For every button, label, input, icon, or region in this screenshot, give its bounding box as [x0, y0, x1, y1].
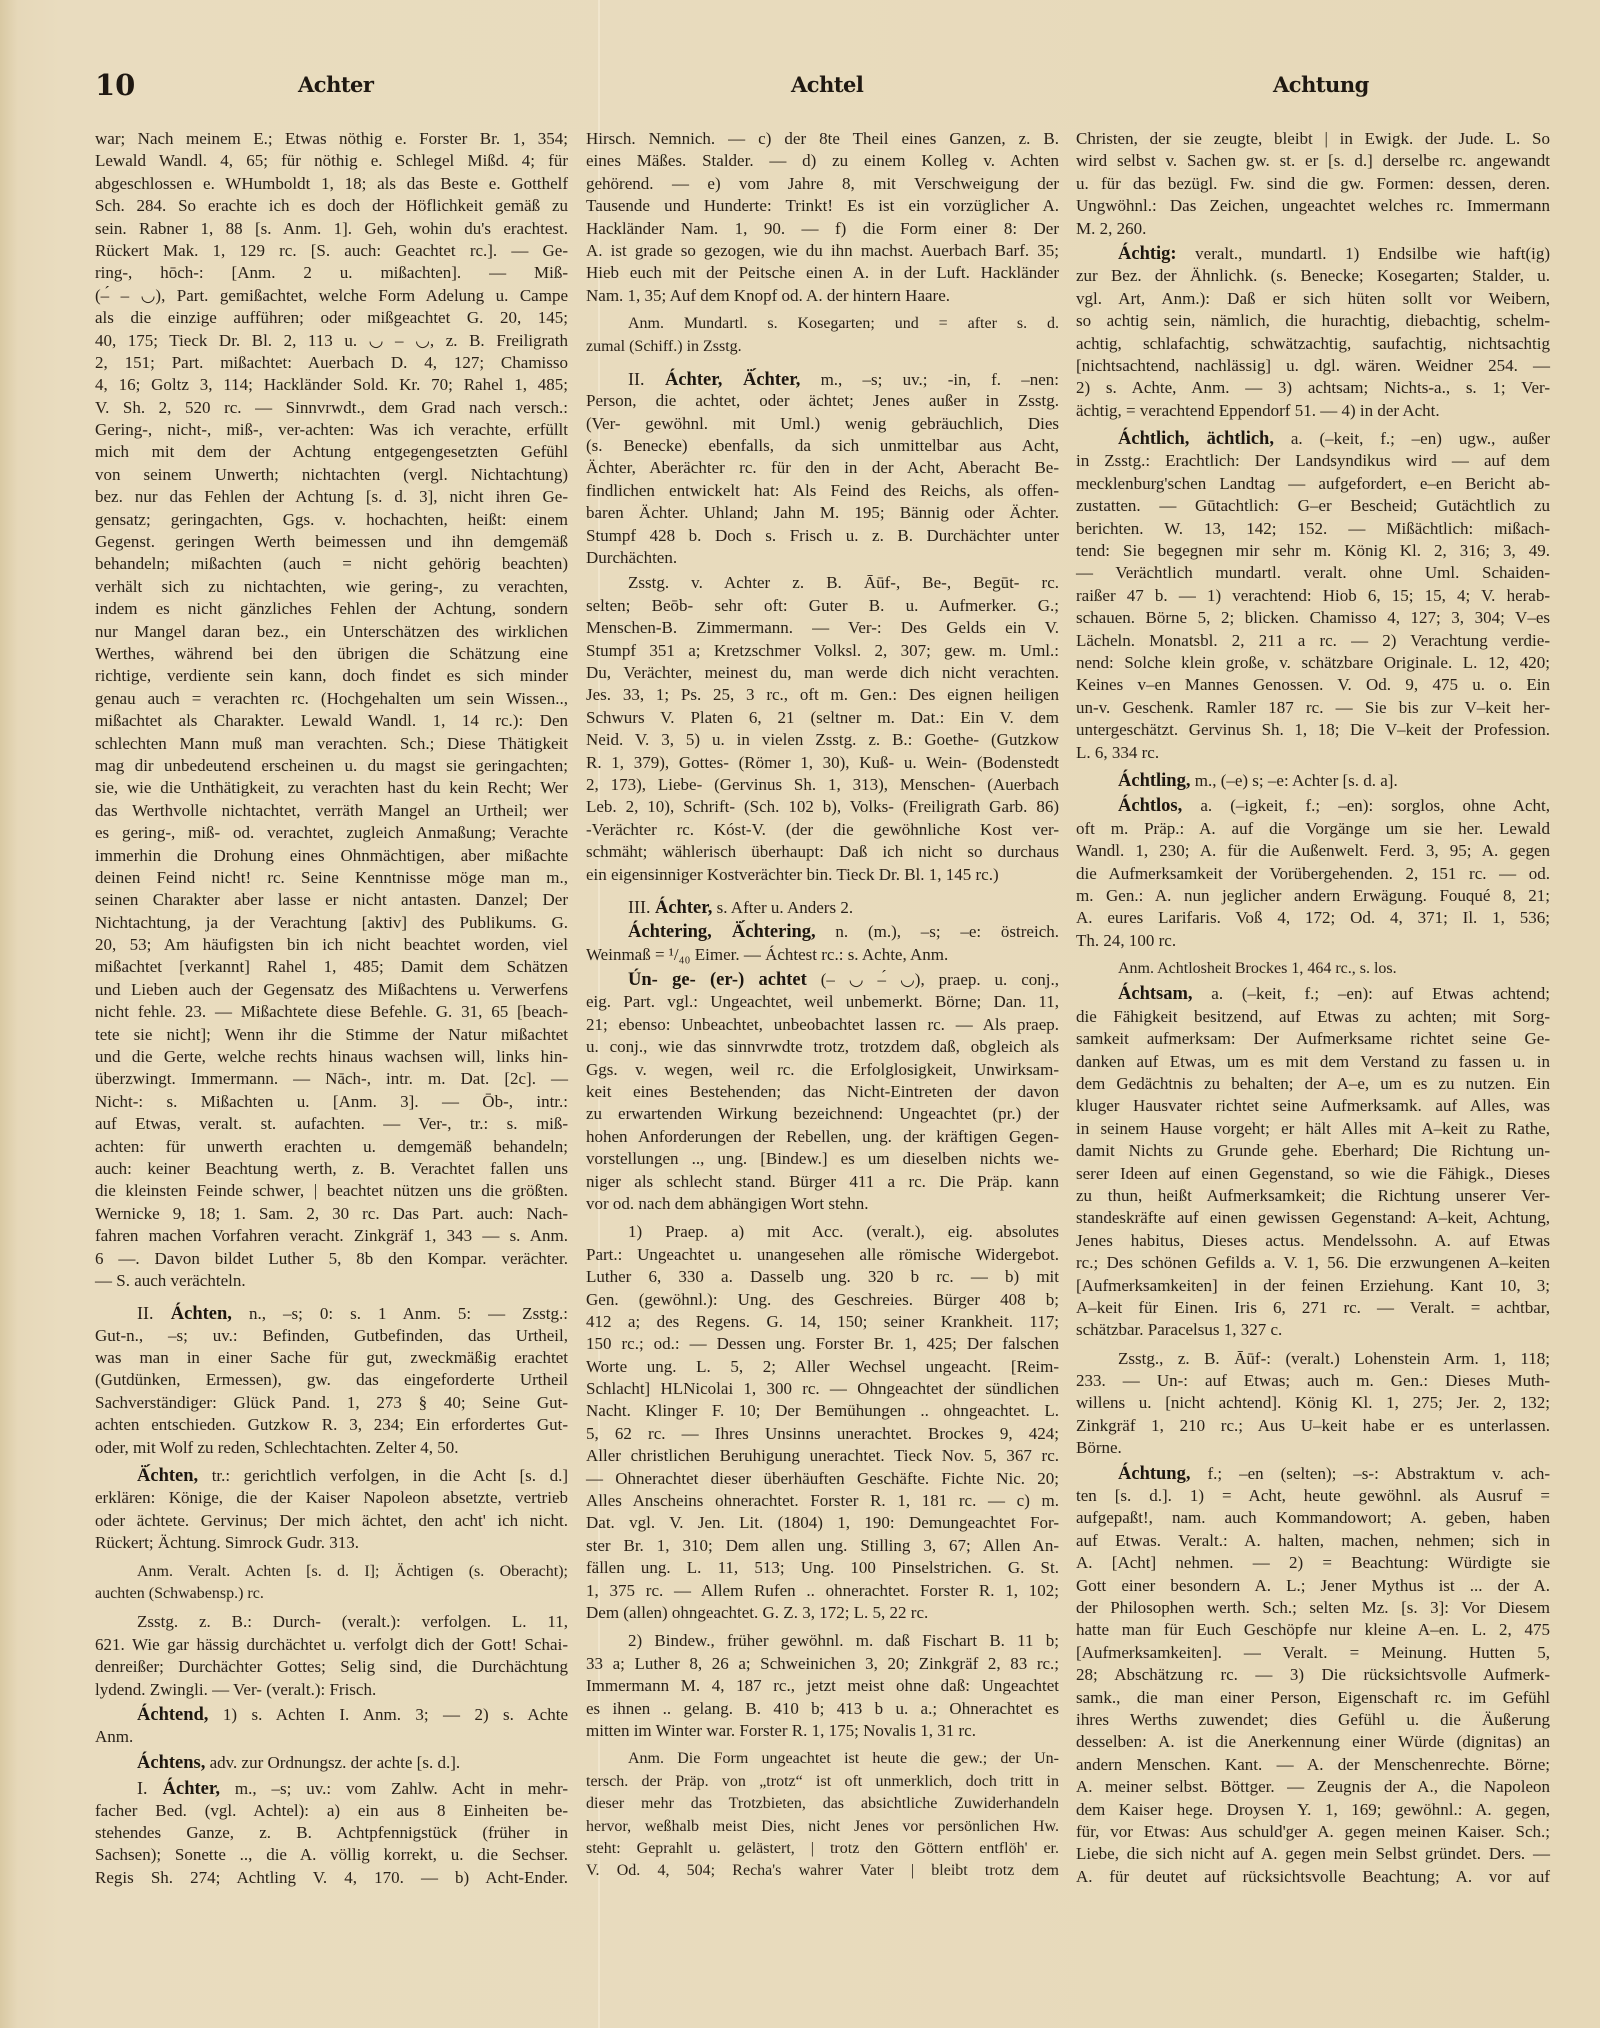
- text-line: damit Nichts zu Grunde gehe. Eberhard; D…: [1076, 1140, 1550, 1162]
- text-line: Aller christlichen Beruhigung unerachtet…: [586, 1445, 1059, 1467]
- line-text: dem Gedächtnis zu behalten; der A–e, um …: [1076, 1073, 1550, 1095]
- text-line: immerhin die Drohung eines Ohnmächtigen,…: [95, 845, 568, 867]
- text-line: Immermann M. 4, 187 rc., jetzt meist ohn…: [586, 1675, 1059, 1697]
- text-line: dem Gedächtnis zu behalten; der A–e, um …: [1076, 1073, 1550, 1095]
- text-line: Ungwöhnl.: Das Zeichen, ungeachtet welch…: [1076, 195, 1550, 217]
- line-text: in Zsstg.: Erachtlich: Der Landsyndikus …: [1076, 450, 1550, 472]
- text-line: A. für deutet auf rücksichtsvolle Beacht…: [1076, 1866, 1550, 1888]
- line-text: [nichtsachtend, nachlässig] u. dgl. wäre…: [1076, 355, 1550, 377]
- text-line: sein. Rabner 1, 88 [s. Anm. 1]. Geh, woh…: [95, 218, 568, 240]
- line-text: das Werthvolle nichtachtet, verräth Mang…: [95, 800, 568, 822]
- line-text: zur Bez. der Ähnlichk. (s. Benecke; Kose…: [1076, 265, 1550, 287]
- entry-paragraph: Zsstg. v. Achter z. B. Āūf-, Be-, Begūt-…: [586, 572, 1059, 885]
- text-line: war; Nach meinem E.; Etwas nöthig e. For…: [95, 128, 568, 150]
- text-line: das Werthvolle nichtachtet, verräth Mang…: [95, 800, 568, 822]
- line-text: 40, 175; Tieck Dr. Bl. 2, 113 u. ◡ – ◡, …: [95, 330, 568, 352]
- text-line: fahren machen Vorfahren veracht. Zinkgrä…: [95, 1225, 568, 1247]
- line-text: ächtig, = verachtend Eppendorf 51. — 4) …: [1076, 400, 1440, 422]
- line-text: R. 1, 379), Gottes- (Römer 1, 30), Kuß- …: [586, 752, 1059, 774]
- text-line: Gott einer besondern A. L.; Jener Mythus…: [1076, 1575, 1550, 1597]
- text-line: 412 a; des Regens. G. 14, 150; seiner Kr…: [586, 1311, 1059, 1333]
- text-line: u. für das bezügl. Fw. sind die gw. Form…: [1076, 173, 1550, 195]
- line-text: schätzbar. Paracelsus 1, 327 c.: [1076, 1319, 1282, 1341]
- line-text: Nacht. Klinger F. 10; Der Bemühungen .. …: [586, 1400, 1059, 1422]
- line-text: aufgepaßt!, nam. auch Kommandowort; A. g…: [1076, 1507, 1550, 1529]
- running-head-center: Achtel: [791, 70, 863, 100]
- text-line: -Verächter rc. Kóst-V. (der die gewöhnli…: [586, 819, 1059, 841]
- text-line: hatte man für Euch Geschöpfe nur kleine …: [1076, 1619, 1550, 1641]
- definition-text: adv. zur Ordnungsz. der achte [s. d.].: [205, 1753, 460, 1772]
- text-line: Áchtig: veralt., mundartl. 1) Endsilbe w…: [1076, 243, 1550, 265]
- definition-text: 1) s. Achten I. Anm. 3; — 2) s. Achte: [208, 1705, 568, 1724]
- text-line: Jes. 33, 1; Ps. 25, 3 rc., oft m. Gen.: …: [586, 684, 1059, 706]
- line-text: 20, 53; Am häufigsten bin ich nicht beac…: [95, 934, 568, 956]
- line-text: zustatten. — Gūtachtlich: G–er Bescheid;…: [1076, 495, 1550, 517]
- text-line: Menschen-B. Zimmermann. — Ver-: Des Geld…: [586, 617, 1059, 639]
- line-text: hatte man für Euch Geschöpfe nur kleine …: [1076, 1619, 1550, 1641]
- text-line: Wernicke 9, 18; 1. Sam. 2, 30 rc. Das Pa…: [95, 1203, 568, 1225]
- line-text: dieser mehr das Trotzbieten, das absicht…: [586, 1793, 1059, 1815]
- line-text: nicht fehle. 23. — Mißachtete diese Befe…: [95, 1001, 568, 1023]
- line-text: richtige, verdiente sein kann, doch find…: [95, 665, 568, 687]
- text-line: dem Kaiser hege. Droysen Y. 1, 169; gewö…: [1076, 1799, 1550, 1821]
- line-text: 4, 16; Goltz 3, 114; Hackländer Sold. Kr…: [95, 374, 568, 396]
- line-text: Sachverständiger: Glück Pand. 1, 273 § 4…: [95, 1392, 568, 1414]
- line-text: es gering-, miß- od. verachtet, zugleich…: [95, 822, 568, 844]
- line-text: Schlacht] HLNicolai 1, 300 rc. — Ohngeac…: [586, 1378, 1059, 1400]
- entry-paragraph: Áchtling, m., (–e) s; –e: Achter [s. d. …: [1076, 770, 1550, 792]
- line-text: standeskräfte auf einen gewissen Gegenst…: [1076, 1207, 1550, 1229]
- text-line: samk., die man einer Person, Eigenschaft…: [1076, 1687, 1550, 1709]
- entry-paragraph: II. Áchten, n., –s; 0: s. 1 Anm. 5: — Zs…: [95, 1302, 568, 1459]
- text-line: lydend. Zwingli. — Ver- (veralt.): Frisc…: [95, 1679, 568, 1701]
- dictionary-page: 10 Achter Achtel Achtung war; Nach meine…: [0, 0, 1600, 2028]
- line-text: Áchtung, f.; –en (selten); –s-: Abstrakt…: [1118, 1463, 1550, 1485]
- text-line: selten; Beōb- sehr oft: Guter B. u. Aufm…: [586, 595, 1059, 617]
- line-text: mißachtet als Charakter. Lewald Wandl. 1…: [95, 710, 568, 732]
- text-line: zustatten. — Gūtachtlich: G–er Bescheid;…: [1076, 495, 1550, 517]
- line-text: 412 a; des Regens. G. 14, 150; seiner Kr…: [586, 1311, 1059, 1333]
- line-text: schauen. Börne 5, 2; blicken. Chamisso 4…: [1076, 607, 1550, 629]
- entry-paragraph: Ún- ge- (er-) achtet (– ◡ –́ ◡), praep. …: [586, 969, 1059, 1215]
- text-line: m. Gen.: A. nun jeglicher andern Erwägun…: [1076, 885, 1550, 907]
- line-text: Áchtend, 1) s. Achten I. Anm. 3; — 2) s.…: [137, 1704, 568, 1726]
- text-line: A. eures Larifaris. Voß 4, 172; Od. 4, 3…: [1076, 907, 1550, 929]
- text-line: eig. Part. vgl.: Ungeachtet, weil unbeme…: [586, 991, 1059, 1013]
- line-text: zu erwartenden Wirkung bezeichnend: Unge…: [586, 1103, 1059, 1125]
- text-line: kluger Hausvater richtet seine Aufmerksa…: [1076, 1095, 1550, 1117]
- line-text: m. Gen.: A. nun jeglicher andern Erwägun…: [1076, 885, 1550, 907]
- line-text: eig. Part. vgl.: Ungeachtet, weil unbeme…: [586, 991, 1059, 1013]
- text-line: Stumpf 428 b. Doch s. Frisch u. z. B. Du…: [586, 525, 1059, 547]
- line-text: berichten. W. 13, 142; 152. — Mißächtlic…: [1076, 518, 1550, 540]
- text-line: Jenes habitus, Dieses actus. Mendelssohn…: [1076, 1230, 1550, 1252]
- text-line: Leb. 2, 10), Schrift- (Sch. 102 b), Volk…: [586, 796, 1059, 818]
- line-text: A. meiner selbst. Böttger. — Zeugnis der…: [1076, 1776, 1550, 1798]
- line-text: rc.; Des schönen Gefilds a. V. 1, 56. Di…: [1076, 1252, 1550, 1274]
- text-line: Áchtsam, a. (–keit, f.; –en): auf Etwas …: [1076, 983, 1550, 1005]
- line-text: eines Mäßes. Stalder. — d) zu einem Koll…: [586, 150, 1059, 172]
- line-text: tersch. der Präp. von „trotz“ ist oft un…: [586, 1771, 1059, 1793]
- text-line: findlichen entwickelt hat: Als Feind des…: [586, 480, 1059, 502]
- line-text: Rückert Mak. 1, 129 rc. [S. auch: Geacht…: [95, 240, 568, 262]
- text-line: gensatz; geringachten, Ggs. v. hochachte…: [95, 509, 568, 531]
- entry-paragraph: I. Áchter, m., –s; uv.: vom Zahlw. Acht …: [95, 1777, 568, 1889]
- text-line: 233. — Un-: auf Etwas; auch m. Gen.: Die…: [1076, 1370, 1550, 1392]
- line-text: 2, 173), Liebe- (Gervinus Sh. 1, 313), M…: [586, 774, 1059, 796]
- line-text: bez. nur das Fehlen der Achtung [s. d. 3…: [95, 486, 568, 508]
- text-line: 6 —. Davon bildet Luther 5, 8b den Kompa…: [95, 1248, 568, 1270]
- line-text: Anm.: [95, 1726, 133, 1748]
- line-text: wird selbst v. Sachen gw. st. er [s. d.]…: [1076, 150, 1550, 172]
- line-text: 21; ebenso: Unbeachtet, unbeobachtet las…: [586, 1014, 1059, 1036]
- definition-text: f.; –en (selten); –s-: Abstraktum v. ach…: [1190, 1464, 1550, 1483]
- text-line: Anm. Mundartl. s. Kosegarten; und = afte…: [586, 313, 1059, 335]
- dictionary-column-2: Hirsch. Nemnich. — c) der 8te Theil eine…: [586, 128, 1059, 1883]
- line-text: oder, mit Wolf zu reden, Schlechtachten.…: [95, 1437, 458, 1459]
- line-text: Ungwöhnl.: Das Zeichen, ungeachtet welch…: [1076, 195, 1550, 217]
- text-line: tersch. der Präp. von „trotz“ ist oft un…: [586, 1771, 1059, 1793]
- line-text: Gut-n., –s; uv.: Befinden, Gutbefinden, …: [95, 1325, 568, 1347]
- line-text: nur Mangel daran bez., ein Unterschätzen…: [95, 621, 568, 643]
- text-line: Nicht-: s. Mißachten u. [Anm. 3]. — Ōb-,…: [95, 1091, 568, 1113]
- definition-text: a. (–keit, f.; –en) ugw., außer: [1274, 429, 1550, 448]
- text-line: mißachtet als Charakter. Lewald Wandl. 1…: [95, 710, 568, 732]
- line-text: behandeln; mißachten (auch = nicht gehör…: [95, 553, 568, 575]
- text-line: ein eigensinniger Kostverächter bin. Tie…: [586, 864, 1059, 886]
- line-text: gensatz; geringachten, Ggs. v. hochachte…: [95, 509, 568, 531]
- line-text: in seinem Hause vorgeht; er hält Alles m…: [1076, 1118, 1550, 1140]
- text-line: 21; ebenso: Unbeachtet, unbeobachtet las…: [586, 1014, 1059, 1036]
- text-line: Anm. Die Form ungeachtet ist heute die g…: [586, 1748, 1059, 1770]
- line-text: Gering-, nicht-, miß-, ver-achten: Was i…: [95, 419, 568, 441]
- text-line: I. Áchter, m., –s; uv.: vom Zahlw. Acht …: [95, 1777, 568, 1799]
- entry-paragraph: Zsstg., z. B. Āūf-: (veralt.) Lohenstein…: [1076, 1348, 1550, 1460]
- line-text: die kleinsten Feinde schwer, | beachtet …: [95, 1180, 568, 1202]
- text-line: schmäht; wählerisch überhaupt: Daß ich n…: [586, 841, 1059, 863]
- text-line: schätzbar. Paracelsus 1, 327 c.: [1076, 1319, 1550, 1341]
- text-line: Neid. V. 3, 5) u. in vielen Zsstg. z. B.…: [586, 729, 1059, 751]
- line-text: Durchächten.: [586, 547, 677, 569]
- line-text: Zsstg., z. B. Āūf-: (veralt.) Lohenstein…: [1118, 1348, 1550, 1370]
- text-line: Ggs. v. wegen, weil rc. die Erfolglosigk…: [586, 1059, 1059, 1081]
- text-line: mißachtet [verkannt] Rahel 1, 485; Damit…: [95, 956, 568, 978]
- line-text: oder ächtete. Gervinus; Der mich ächtet,…: [95, 1510, 568, 1532]
- line-text: untergeschätzt. Gervinus Sh. 1, 18; Die …: [1076, 719, 1550, 741]
- line-text: stehendes Ganze, z. B. Achtpfennigstück …: [95, 1822, 568, 1844]
- line-text: mich mit dem der Achtung entgegengesetzt…: [95, 441, 568, 463]
- text-line: Rückert Mak. 1, 129 rc. [S. auch: Geacht…: [95, 240, 568, 262]
- text-line: die kleinsten Feinde schwer, | beachtet …: [95, 1180, 568, 1202]
- headword: Áchtering, Ä́chtering,: [628, 922, 816, 942]
- line-text: vgl. Art, Anm.): Daß er sich hüten sollt…: [1076, 288, 1550, 310]
- text-line: schlechten Mann muß man verachten. Sch.;…: [95, 733, 568, 755]
- text-line: A–keit für Einen. Iris 6, 271 rc. — Vera…: [1076, 1297, 1550, 1319]
- definition-text: veralt., mundartl. 1) Endsilbe wie haft(…: [1177, 244, 1550, 263]
- headword: Áchter, Ä́chter,: [665, 370, 800, 390]
- line-text: — S. auch verächteln.: [95, 1270, 246, 1292]
- line-text: sie, wie die Unthätigkeit, zu verachten …: [95, 777, 568, 799]
- text-line: richtige, verdiente sein kann, doch find…: [95, 665, 568, 687]
- line-text: kluger Hausvater richtet seine Aufmerksa…: [1076, 1095, 1550, 1117]
- text-line: eines Mäßes. Stalder. — d) zu einem Koll…: [586, 150, 1059, 172]
- entry-paragraph: Áchtlos, a. (–igkeit, f.; –en): sorglos,…: [1076, 795, 1550, 952]
- text-line: V. Sh. 2, 520 rc. — Sinnvrwdt., dem Grad…: [95, 397, 568, 419]
- line-text: Zinkgräf 1, 210 rc.; Aus U–keit habe er …: [1076, 1415, 1550, 1437]
- line-text: Áchtlos, a. (–igkeit, f.; –en): sorglos,…: [1118, 795, 1550, 817]
- text-line: stehendes Ganze, z. B. Achtpfennigstück …: [95, 1822, 568, 1844]
- text-line: II. Áchten, n., –s; 0: s. 1 Anm. 5: — Zs…: [95, 1302, 568, 1324]
- line-text: ihres Werths zuwendet; dies Gefühl u. di…: [1076, 1709, 1550, 1731]
- text-line: genau auch = verachten rc. (Hochgehalten…: [95, 688, 568, 710]
- text-line: bez. nur das Fehlen der Achtung [s. d. 3…: [95, 486, 568, 508]
- text-line: steht: Geprahlt u. gelästert, | trotz de…: [586, 1838, 1059, 1860]
- line-text: serer Ideen auf einen Gegenstand, so wie…: [1076, 1163, 1550, 1185]
- text-line: vor od. nach dem abhängigen Wort stehn.: [586, 1193, 1059, 1215]
- line-text: vor od. nach dem abhängigen Wort stehn.: [586, 1193, 869, 1215]
- text-line: Áchtling, m., (–e) s; –e: Achter [s. d. …: [1076, 770, 1550, 792]
- text-line: Gut-n., –s; uv.: Befinden, Gutbefinden, …: [95, 1325, 568, 1347]
- definition-text: m., –s; uv.; -in, f. –nen:: [800, 370, 1059, 389]
- line-text: Christen, der sie zeugte, bleibt | in Ew…: [1076, 128, 1550, 150]
- text-line: überzwingt. Immermann. — Nāch-, intr. m.…: [95, 1068, 568, 1090]
- text-line: oder, mit Wolf zu reden, Schlechtachten.…: [95, 1437, 568, 1459]
- text-line: nicht fehle. 23. — Mißachtete diese Befe…: [95, 1001, 568, 1023]
- line-text: ein eigensinniger Kostverächter bin. Tie…: [586, 864, 999, 886]
- text-line: desselben: A. ist die Anerkennung einer …: [1076, 1731, 1550, 1753]
- running-head-left: Achter: [298, 70, 373, 100]
- text-line: Liebe, die sich nicht auf A. gegen mein …: [1076, 1843, 1550, 1865]
- definition-text: s. After u. Anders 2.: [712, 898, 853, 917]
- entry-paragraph: war; Nach meinem E.; Etwas nöthig e. For…: [95, 128, 568, 1292]
- line-text: Jes. 33, 1; Ps. 25, 3 rc., oft m. Gen.: …: [586, 684, 1059, 706]
- entry-paragraph: Áchtlich, ächtlich, a. (–keit, f.; –en) …: [1076, 428, 1550, 764]
- line-text: Rückert; Ächtung. Simrock Gudr. 313.: [95, 1532, 359, 1554]
- line-text: andern Menschen. Kant. — A. der Menschen…: [1076, 1754, 1550, 1776]
- line-text: achten entschieden. Gutzkow R. 3, 234; E…: [95, 1414, 568, 1436]
- line-text: Worte ung. L. 5, 2; Aller Wechsel ungeac…: [586, 1356, 1059, 1378]
- line-text: II. Áchten, n., –s; 0: s. 1 Anm. 5: — Zs…: [137, 1302, 568, 1325]
- text-line: Keines v–en Mannes Genossen. V. Od. 9, 4…: [1076, 674, 1550, 696]
- line-text: von seinem Unwerth; nichtachten (vergl. …: [95, 464, 568, 486]
- text-line: mich mit dem der Achtung entgegengesetzt…: [95, 441, 568, 463]
- text-line: 2, 151; Part. mißachtet: Auerbach D. 4, …: [95, 352, 568, 374]
- text-line: V. Od. 4, 504; Recha's wahrer Vater | bl…: [586, 1860, 1059, 1882]
- line-text: genau auch = verachten rc. (Hochgehalten…: [95, 688, 568, 710]
- line-text: desselben: A. ist die Anerkennung einer …: [1076, 1731, 1550, 1753]
- line-text: A. ist grade so gezogen, wie du ihn mach…: [586, 240, 1059, 262]
- text-line: willens u. [nicht achtend]. König Kl. 1,…: [1076, 1392, 1550, 1414]
- text-line: Dem (allen) ohngeachtet. G. Z. 3, 172; L…: [586, 1602, 1059, 1624]
- text-line: achten: für unwerth erachten u. demgemäß…: [95, 1136, 568, 1158]
- line-text: un-v. Geschenk. Ramler 187 rc. — Sie bis…: [1076, 697, 1550, 719]
- text-line: Christen, der sie zeugte, bleibt | in Ew…: [1076, 128, 1550, 150]
- text-line: facher Bed. (vgl. Achtel): a) ein aus 8 …: [95, 1800, 568, 1822]
- line-text: u. für das bezügl. Fw. sind die gw. Form…: [1076, 173, 1550, 195]
- line-text: Hirsch. Nemnich. — c) der 8te Theil eine…: [586, 128, 1059, 150]
- line-text: 33 a; Luther 8, 26 a; Schweinichen 3, 20…: [586, 1653, 1059, 1675]
- line-text: Áchtlich, ächtlich, a. (–keit, f.; –en) …: [1118, 428, 1550, 450]
- line-text: zu thun, heißt Aufmerksamkeit; die Richt…: [1076, 1185, 1550, 1207]
- line-text: A. eures Larifaris. Voß 4, 172; Od. 4, 3…: [1076, 907, 1550, 929]
- line-text: Nam. 1, 35; Auf dem Knopf od. A. der hin…: [586, 285, 950, 307]
- note-paragraph: Anm. Veralt. Achten [s. d. I]; Ächtigen …: [95, 1561, 568, 1606]
- text-line: hervor, weßhalb meist Dies, nicht Jenes …: [586, 1816, 1059, 1838]
- line-text: — Ohnerachtet dieser überhäuften Geschäf…: [586, 1468, 1059, 1490]
- line-text: Liebe, die sich nicht auf A. gegen mein …: [1076, 1843, 1550, 1865]
- line-text: die Fähigkeit besitzend, auf Etwas zu ac…: [1076, 1006, 1550, 1028]
- text-line: Anm. Achtlosheit Brockes 1, 464 rc., s. …: [1076, 958, 1550, 980]
- line-text: [Aufmerksamkeiten] in der feinen Erziehu…: [1076, 1275, 1550, 1297]
- text-line: 1) Praep. a) mit Acc. (veralt.), eig. ab…: [586, 1221, 1059, 1243]
- text-line: vgl. Art, Anm.): Daß er sich hüten sollt…: [1076, 288, 1550, 310]
- line-text: war; Nach meinem E.; Etwas nöthig e. For…: [95, 128, 568, 150]
- text-line: (Ver- gewöhnl. mit Uml.) wenig gebräuchl…: [586, 413, 1059, 435]
- line-text: I. Áchter, m., –s; uv.: vom Zahlw. Acht …: [137, 1777, 568, 1800]
- entry-paragraph: II. Áchter, Ä́chter, m., –s; uv.; -in, f…: [586, 368, 1059, 570]
- text-line: Werthes, während bei den übrigen die Sch…: [95, 643, 568, 665]
- text-line: Hackländer Nam. 1, 90. — f) die Form ein…: [586, 218, 1059, 240]
- text-line: Zinkgräf 1, 210 rc.; Aus U–keit habe er …: [1076, 1415, 1550, 1437]
- line-text: indem es nicht gänzliches Fehlen der Ach…: [95, 598, 568, 620]
- line-text: tend: Sie begegnen mir sehr m. König Kl.…: [1076, 540, 1550, 562]
- note-paragraph: Anm. Die Form ungeachtet ist heute die g…: [586, 1748, 1059, 1882]
- text-line: es ihnen .. gelang. B. 410 b; 413 b u. a…: [586, 1698, 1059, 1720]
- homonym-number: II.: [137, 1303, 171, 1323]
- line-text: mißachtet [verkannt] Rahel 1, 485; Damit…: [95, 956, 568, 978]
- text-line: Part.: Ungeachtet u. unangesehen alle rö…: [586, 1244, 1059, 1266]
- line-text: M. 2, 260.: [1076, 218, 1146, 240]
- headword: Ún- ge- (er-) achtet: [628, 970, 807, 990]
- text-line: verhält sich zu nichtachten, wie gering-…: [95, 576, 568, 598]
- text-line: [Aufmerksamkeiten] in der feinen Erziehu…: [1076, 1275, 1550, 1297]
- line-text: Tausende und Hunderte: Trinkt! Es ist ei…: [586, 195, 1059, 217]
- line-text: und Lieben auch der Gegensatz des Mißach…: [95, 979, 568, 1001]
- text-line: Person, die achtet, oder ächtet; Jenes a…: [586, 390, 1059, 412]
- text-line: achten entschieden. Gutzkow R. 3, 234; E…: [95, 1414, 568, 1436]
- dictionary-column-1: war; Nach meinem E.; Etwas nöthig e. For…: [95, 128, 568, 1889]
- entry-paragraph: Áchtig: veralt., mundartl. 1) Endsilbe w…: [1076, 243, 1550, 422]
- line-text: gehörend. — e) vom Jahre 8, mit Verschwe…: [586, 173, 1059, 195]
- text-line: Hieb euch mit der Peitsche einen A. in d…: [586, 262, 1059, 284]
- text-line: ihres Werths zuwendet; dies Gefühl u. di…: [1076, 1709, 1550, 1731]
- text-line: L. 6, 334 rc.: [1076, 742, 1550, 764]
- text-line: rc.; Des schönen Gefilds a. V. 1, 56. Di…: [1076, 1252, 1550, 1274]
- line-text: A–keit für Einen. Iris 6, 271 rc. — Vera…: [1076, 1297, 1550, 1319]
- line-text: Ächter, Aberächter rc. für den in der Ac…: [586, 457, 1059, 479]
- text-line: dieser mehr das Trotzbieten, das absicht…: [586, 1793, 1059, 1815]
- definition-text: a. (–igkeit, f.; –en): sorglos, ohne Ach…: [1182, 796, 1550, 815]
- line-text: -Verächter rc. Kóst-V. (der die gewöhnli…: [586, 819, 1059, 841]
- text-line: un-v. Geschenk. Ramler 187 rc. — Sie bis…: [1076, 697, 1550, 719]
- headword: Ä́chten,: [137, 1466, 198, 1486]
- text-line: R. 1, 379), Gottes- (Römer 1, 30), Kuß- …: [586, 752, 1059, 774]
- line-text: vorstellungen .., ung. [Bindew.] es um d…: [586, 1148, 1059, 1170]
- text-line: ster Br. 1, 310; Dem allen ung. Stilling…: [586, 1535, 1059, 1557]
- text-line: Schlacht] HLNicolai 1, 300 rc. — Ohngeac…: [586, 1378, 1059, 1400]
- line-text: auch: keiner Beachtung werth, z. B. Vera…: [95, 1158, 568, 1180]
- entry-paragraph: Hirsch. Nemnich. — c) der 8te Theil eine…: [586, 128, 1059, 307]
- headword: Áchter,: [655, 898, 712, 918]
- text-line: — S. auch verächteln.: [95, 1270, 568, 1292]
- entry-paragraph: Christen, der sie zeugte, bleibt | in Ew…: [1076, 128, 1550, 240]
- definition-text: m., –s; uv.: vom Zahlw. Acht in mehr-: [220, 1779, 568, 1798]
- line-text: Wandl. 1, 230; A. für die Außenwelt. Fer…: [1076, 840, 1550, 862]
- text-line: Th. 24, 100 rc.: [1076, 930, 1550, 952]
- text-line: seinen Charakter aber lasse er nicht ant…: [95, 889, 568, 911]
- text-line: Áchtens, adv. zur Ordnungsz. der achte […: [95, 1752, 568, 1774]
- line-text: Nicht-: s. Mißachten u. [Anm. 3]. — Ōb-,…: [95, 1091, 568, 1113]
- line-text: Alles Anscheins ohnerachtet. Forster R. …: [586, 1490, 1059, 1512]
- line-text: Regis Sh. 274; Achtling V. 4, 170. — b) …: [95, 1867, 568, 1889]
- text-line: ächtig, = verachtend Eppendorf 51. — 4) …: [1076, 400, 1550, 422]
- definition-text: m., (–e) s; –e: Achter [s. d. a].: [1190, 771, 1397, 790]
- text-line: die Fähigkeit besitzend, auf Etwas zu ac…: [1076, 1006, 1550, 1028]
- text-line: oder ächtete. Gervinus; Der mich ächtet,…: [95, 1510, 568, 1532]
- line-text: seinen Charakter aber lasse er nicht ant…: [95, 889, 568, 911]
- line-text: Hackländer Nam. 1, 90. — f) die Form ein…: [586, 218, 1059, 240]
- text-line: Áchtlich, ächtlich, a. (–keit, f.; –en) …: [1076, 428, 1550, 450]
- line-text: Du, Verächter, meinest du, man werde dic…: [586, 662, 1059, 684]
- line-text: abgeschlossen e. WHumboldt 1, 18; als da…: [95, 173, 568, 195]
- text-line: so achtig sein, nämlich, die hurachtig, …: [1076, 310, 1550, 332]
- headword: Áchtsam,: [1118, 984, 1193, 1004]
- line-text: fällen ung. L. 11, 513; Ung. 100 Pinsels…: [586, 1557, 1059, 1579]
- headword: Áchtlich, ächtlich,: [1118, 429, 1274, 449]
- line-text: V. Od. 4, 504; Recha's wahrer Vater | bl…: [586, 1860, 1059, 1882]
- text-line: II. Áchter, Ä́chter, m., –s; uv.; -in, f…: [586, 368, 1059, 390]
- text-line: 5, 62 rc. — Ihres Unsinns unerachtet. Br…: [586, 1423, 1059, 1445]
- text-line: die Aufmerksamkeit der Vorübergehenden. …: [1076, 863, 1550, 885]
- line-text: ten [s. d.]. 1) = Acht, heute gewöhnl. a…: [1076, 1485, 1550, 1507]
- text-line: Zsstg. v. Achter z. B. Āūf-, Be-, Begūt-…: [586, 572, 1059, 594]
- line-text: lydend. Zwingli. — Ver- (veralt.): Frisc…: [95, 1679, 376, 1701]
- line-text: Anm. Mundartl. s. Kosegarten; und = afte…: [628, 313, 1059, 335]
- line-text: 1, 375 rc. — Allem Rufen .. ohnerachtet.…: [586, 1580, 1059, 1602]
- text-line: oft m. Präp.: A. auf die Vorgänge um sie…: [1076, 818, 1550, 840]
- note-paragraph: Anm. Achtlosheit Brockes 1, 464 rc., s. …: [1076, 958, 1550, 980]
- text-line: auch: keiner Beachtung werth, z. B. Vera…: [95, 1158, 568, 1180]
- definition-text: n. (m.), –s; –e: östreich.: [816, 922, 1059, 941]
- entry-paragraph: Áchtend, 1) s. Achten I. Anm. 3; — 2) s.…: [95, 1704, 568, 1749]
- line-text: so achtig sein, nämlich, die hurachtig, …: [1076, 310, 1550, 332]
- text-line: Weinmaß = ¹/₄₀ Eimer. — Áchtest rc.: s. …: [586, 944, 1059, 966]
- line-text: dem Kaiser hege. Droysen Y. 1, 169; gewö…: [1076, 1799, 1550, 1821]
- line-text: Stumpf 428 b. Doch s. Frisch u. z. B. Du…: [586, 525, 1059, 547]
- definition-text: n., –s; 0: s. 1 Anm. 5: — Zsstg.:: [232, 1304, 568, 1323]
- text-line: Alles Anscheins ohnerachtet. Forster R. …: [586, 1490, 1059, 1512]
- line-text: 6 —. Davon bildet Luther 5, 8b den Kompa…: [95, 1248, 568, 1270]
- text-line: als die einzige aufführen; oder mißgeach…: [95, 307, 568, 329]
- definition-text: tr.: gerichtlich verfolgen, in die Acht …: [198, 1466, 568, 1485]
- line-text: A. für deutet auf rücksichtsvolle Beacht…: [1076, 1866, 1550, 1888]
- text-line: Börne.: [1076, 1437, 1550, 1459]
- line-text: (Gutdünken, Ermessen), gw. das eingeford…: [95, 1369, 568, 1391]
- text-line: fällen ung. L. 11, 513; Ung. 100 Pinsels…: [586, 1557, 1059, 1579]
- line-text: mag dir unbedeutend erscheinen u. du mag…: [95, 755, 568, 777]
- text-line: schauen. Börne 5, 2; blicken. Chamisso 4…: [1076, 607, 1550, 629]
- line-text: nend: Solche klein große, v. schätzbare …: [1076, 652, 1550, 674]
- text-line: 150 rc.; od.: — Dessen ung. Forster Br. …: [586, 1333, 1059, 1355]
- line-text: mecklenburg'schen Landtag — aufgefordert…: [1076, 473, 1550, 495]
- line-text: Lächeln. Monatsbl. 2, 211 a rc. — 2) Ver…: [1076, 630, 1550, 652]
- text-line: raißer 47 b. — 1) verachtend: Hiob 6, 15…: [1076, 585, 1550, 607]
- line-text: ster Br. 1, 310; Dem allen ung. Stilling…: [586, 1535, 1059, 1557]
- line-text: findlichen entwickelt hat: Als Feind des…: [586, 480, 1059, 502]
- line-text: Neid. V. 3, 5) u. in vielen Zsstg. z. B.…: [586, 729, 1059, 751]
- text-line: M. 2, 260.: [1076, 218, 1550, 240]
- line-text: Dat. vgl. V. Jen. Lit. (1804) 1, 190: De…: [586, 1512, 1059, 1534]
